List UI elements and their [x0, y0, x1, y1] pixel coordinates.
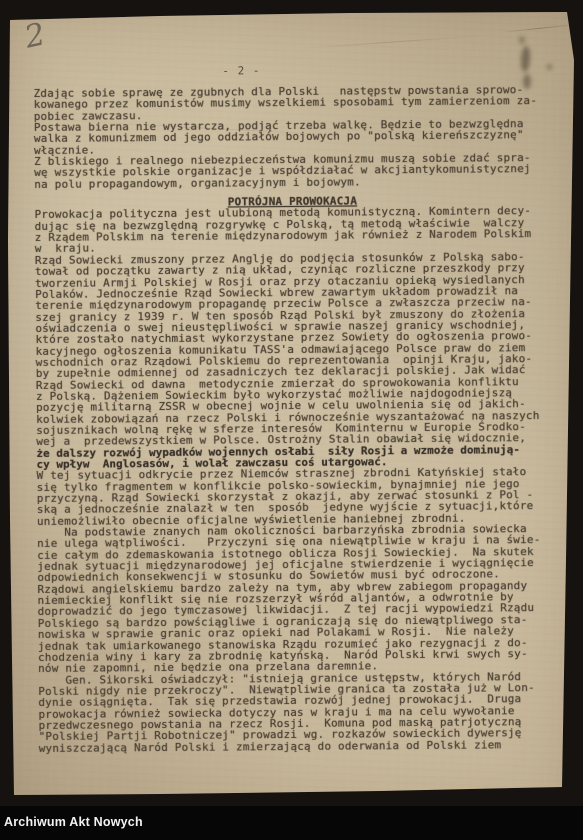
archive-footer-band: Archiwum Akt Nowych	[0, 806, 583, 840]
text-line: na polu propagandowym, organizacyjnym i …	[34, 175, 550, 190]
text-line: wyniszczającą Naród Polski i zmierzającą…	[39, 739, 555, 754]
handwritten-page-number: 2	[21, 16, 48, 55]
document-scan: 2 - 2 - Zdając sobie sprawę ze zgubnych …	[0, 0, 583, 840]
typewritten-text: Zdając sobie sprawę ze zgubnych dla Pols…	[34, 84, 555, 754]
archive-name-label: Archiwum Akt Nowych	[4, 815, 143, 829]
page-number: - 2 -	[0, 62, 485, 79]
sheet-content: 2 - 2 - Zdając sobie sprawę ze zgubnych …	[0, 0, 583, 802]
